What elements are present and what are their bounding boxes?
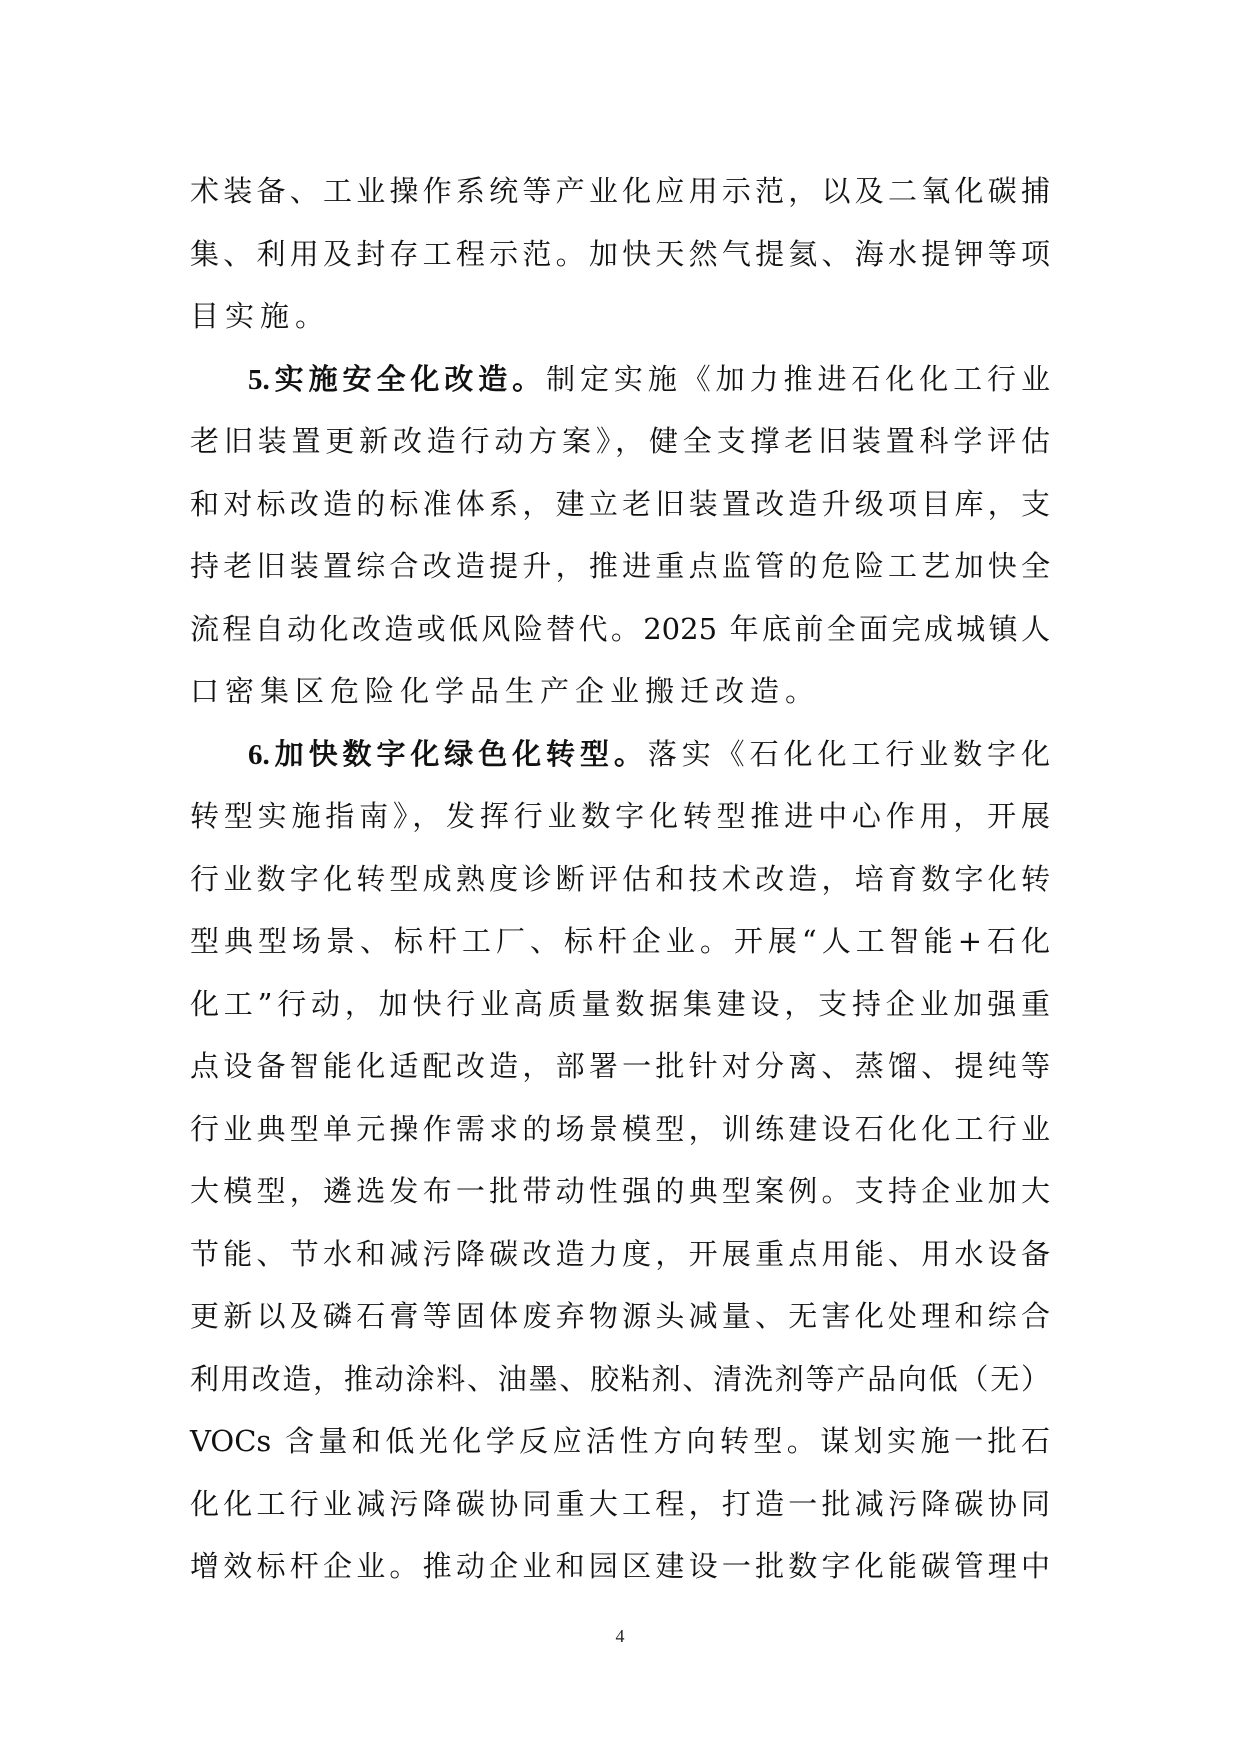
text-run: 落实《石化化工行业数字化 [648, 737, 1050, 771]
text-line: 老旧装置更新改造行动方案》，健全支撑老旧装置科学评估 [190, 410, 1050, 473]
text-line: 大模型，遴选发布一批带动性强的典型案例。支持企业加大 [190, 1160, 1050, 1223]
body-text: 术装备、工业操作系统等产业化应用示范，以及二氧化碳捕 集、利用及封存工程示范。加… [190, 160, 1050, 1598]
text-line: VOCs 含量和低光化学反应活性方向转型。谋划实施一批石 [190, 1410, 1050, 1473]
text-line: 和对标改造的标准体系，建立老旧装置改造升级项目库，支 [190, 473, 1050, 536]
text-line: 转型实施指南》，发挥行业数字化转型推进中心作用，开展 [190, 785, 1050, 848]
section-heading-5: 5.实施安全化改造。 [248, 364, 546, 396]
text-line: 行业典型单元操作需求的场景模型，训练建设石化化工行业 [190, 1098, 1050, 1161]
text-line: 目实施。 [190, 285, 1050, 348]
text-line: 节能、节水和减污降碳改造力度，开展重点用能、用水设备 [190, 1223, 1050, 1286]
text-line: 持老旧装置综合改造提升，推进重点监管的危险工艺加快全 [190, 535, 1050, 598]
paragraph-continuation: 术装备、工业操作系统等产业化应用示范，以及二氧化碳捕 集、利用及封存工程示范。加… [190, 160, 1050, 348]
text-line: 增效标杆企业。推动企业和园区建设一批数字化能碳管理中 [190, 1535, 1050, 1598]
paragraph-item-6: 6.加快数字化绿色化转型。落实《石化化工行业数字化 转型实施指南》，发挥行业数字… [190, 723, 1050, 1598]
text-line: 术装备、工业操作系统等产业化应用示范，以及二氧化碳捕 [190, 160, 1050, 223]
text-line: 流程自动化改造或低风险替代。2025 年底前全面完成城镇人 [190, 598, 1050, 661]
text-line: 集、利用及封存工程示范。加快天然气提氦、海水提钾等项 [190, 223, 1050, 286]
text-line: 更新以及磷石膏等固体废弃物源头减量、无害化处理和综合 [190, 1285, 1050, 1348]
text-line: 行业数字化转型成熟度诊断评估和技术改造，培育数字化转 [190, 848, 1050, 911]
paragraph-first-line: 5.实施安全化改造。制定实施《加力推进石化化工行业 [190, 348, 1050, 411]
text-line: 利用改造，推动涂料、油墨、胶粘剂、清洗剂等产品向低（无） [190, 1348, 1050, 1411]
page-number: 4 [0, 1626, 1240, 1647]
paragraph-item-5: 5.实施安全化改造。制定实施《加力推进石化化工行业 老旧装置更新改造行动方案》，… [190, 348, 1050, 723]
text-run: 制定实施《加力推进石化化工行业 [546, 362, 1050, 396]
section-heading-6: 6.加快数字化绿色化转型。 [248, 739, 648, 771]
paragraph-first-line: 6.加快数字化绿色化转型。落实《石化化工行业数字化 [190, 723, 1050, 786]
text-line: 型典型场景、标杆工厂、标杆企业。开展“人工智能+石化 [190, 910, 1050, 973]
text-line: 化工”行动，加快行业高质量数据集建设，支持企业加强重 [190, 973, 1050, 1036]
text-line: 化化工行业减污降碳协同重大工程，打造一批减污降碳协同 [190, 1473, 1050, 1536]
document-page: 术装备、工业操作系统等产业化应用示范，以及二氧化碳捕 集、利用及封存工程示范。加… [0, 0, 1240, 1753]
text-line: 点设备智能化适配改造，部署一批针对分离、蒸馏、提纯等 [190, 1035, 1050, 1098]
text-line: 口密集区危险化学品生产企业搬迁改造。 [190, 660, 1050, 723]
